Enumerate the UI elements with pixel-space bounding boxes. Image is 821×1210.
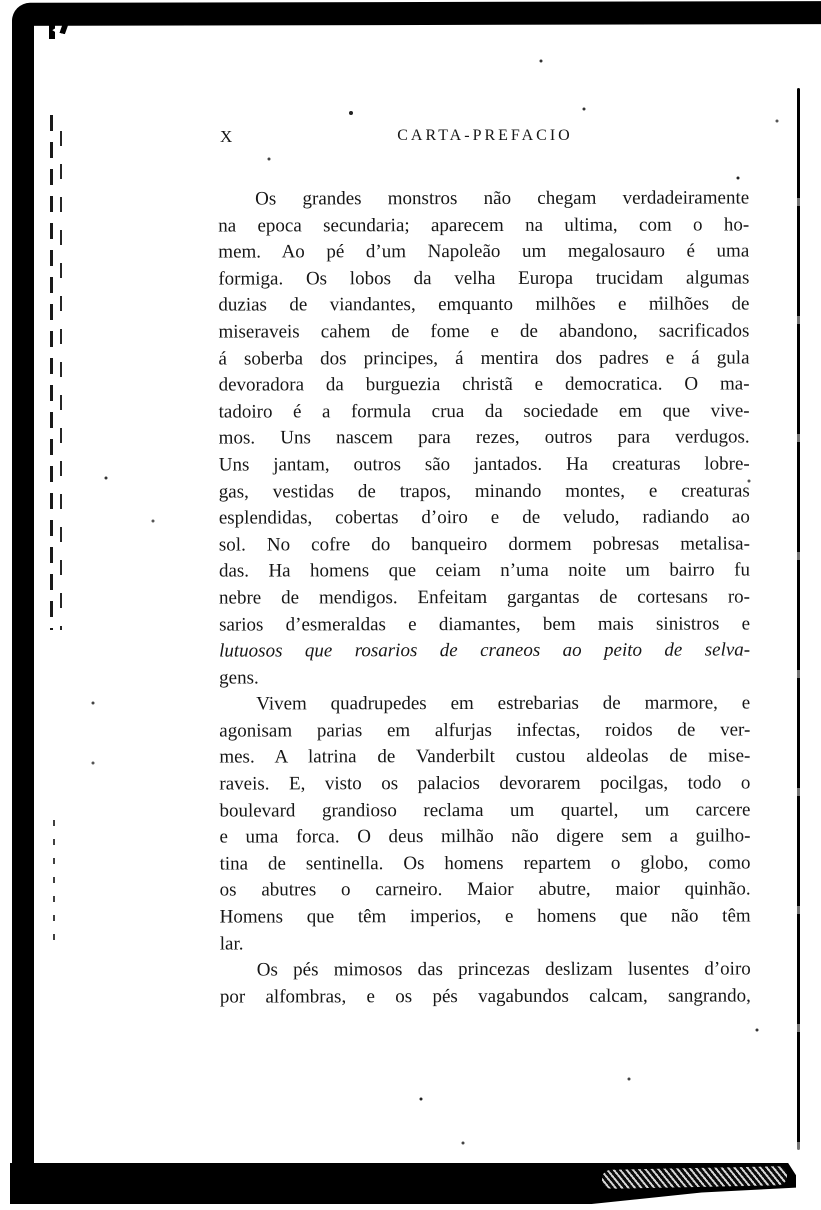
text-line: por alfombras, e os pés vagabundos calca… [220,983,751,1011]
text-line: lar. [220,930,751,958]
text-line: esplendidas, cobertas d’oiro e de veludo… [219,505,750,533]
text-line: os abutres o carneiro. Maior abutre, mai… [220,877,751,905]
text-line: tadoiro é a formula crua da sociedade em… [219,398,750,426]
scan-page-edge-right [797,88,800,1150]
text-line: sarios d’esmeraldas e diamantes, bem mai… [219,611,750,639]
scan-noise [0,0,2,2]
body-text: Os grandes monstros não chegam verdadeir… [218,185,751,1011]
text-line: devoradora da burguezia christã e democr… [219,372,750,400]
text-line: boulevard grandioso reclama um quartel, … [219,797,750,825]
running-title: CARTA-PREFACIO [220,127,750,145]
scan-streak [60,122,62,630]
text-line: Homens que têm imperios, e homens que nã… [220,903,751,931]
text-line: gens. [219,664,750,692]
text-line: nebre de mendigos. Enfeitam gargantas de… [219,584,750,612]
text-line: das. Ha homens que ceiam n’uma noite um … [219,558,750,586]
scan-glare-highlight [602,1166,787,1189]
text-line: á soberba dos principes, á mentira dos p… [218,345,749,373]
text-line: sol. No cofre do banqueiro dormem pobres… [219,531,750,559]
scan-border-left [12,4,34,1174]
text-line: Os grandes monstros não chegam verdadeir… [218,185,749,213]
text-line: mos. Uns nascem para rezes, outros para … [219,425,750,453]
text-line: formiga. Os lobos da velha Europa trucid… [218,265,749,293]
text-line: tina de sentinella. Os homens repartem o… [220,850,751,878]
text-line: e uma forca. O deus milhão não digere se… [219,824,750,852]
text-line: Uns jantam, outros são jantados. Ha crea… [219,451,750,479]
text-line: miseraveis cahem de fome e de abandono, … [218,318,749,346]
text-line: lutuosos que rosarios de craneos ao peit… [219,638,750,666]
scan-streak [53,820,55,942]
text-line: mem. Ao pé d’um Napoleão um megalosauro … [218,239,749,267]
scan-streak [50,115,53,630]
scanned-book-page: X CARTA-PREFACIO Os grandes monstros não… [0,0,821,1210]
text-line: Vivem quadrupedes em estrebarias de marm… [219,691,750,719]
text-line: raveis. E, visto os palacios devorarem p… [219,771,750,799]
text-line: duzias de viandantes, emquanto milhões e… [218,292,749,320]
text-line: mes. A latrina de Vanderbilt custou alde… [219,744,750,772]
text-line: agonisam parias em alfurjas infectas, ro… [219,717,750,745]
text-line: gas, vestidas de trapos, minando montes,… [219,478,750,506]
scan-border-top [12,1,821,26]
text-line: Os pés mimosos das princezas deslizam lu… [220,957,751,985]
scan-artifact-mark [49,22,55,39]
text-line: na epoca secundaria; aparecem na ultima,… [218,212,749,240]
